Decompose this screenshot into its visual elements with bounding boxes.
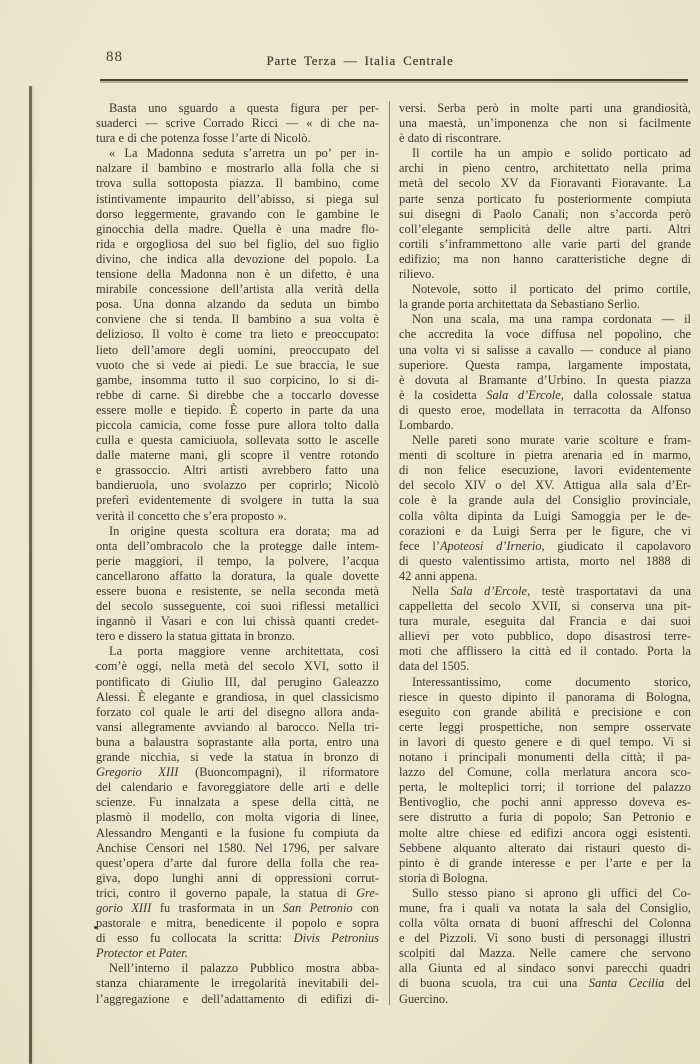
text-line: com’è oggi, nella metà del secolo XVI, s… <box>96 659 379 674</box>
text-line: ginocchia della madre. Quella è una madr… <box>96 222 379 237</box>
text-line: in lavori di questo genere e di quel tem… <box>399 735 691 750</box>
text-line: vuoto che si vede ai piedi. Le sue bracc… <box>96 358 379 373</box>
text-line: dalle materne mani, gli scopre il ventre… <box>96 448 379 463</box>
text-line: Non una scala, ma una rampa cordonata — … <box>399 312 691 327</box>
text-line: stanza chiaramente le irregolarità inevi… <box>96 976 379 991</box>
text-line: tura murale, eseguita dal Francia e dai … <box>399 614 691 629</box>
text-line: rida e orgogliosa del suo bel figlio, de… <box>96 237 379 252</box>
text-line: sui disegni di Paolo Canali; non s’accor… <box>399 207 691 222</box>
text-line: La porta maggiore venne architettata, co… <box>96 644 379 659</box>
text-line: divino, che indica alla devozione del po… <box>96 252 379 267</box>
text-line: è dovuta al Bramante d’Urbino. In questa… <box>399 373 691 388</box>
text-line: vansi allegramente avviando al barocco. … <box>96 720 379 735</box>
text-line: « La Madonna seduta s’arretra un po’ per… <box>96 146 379 161</box>
text-line: Anchise Censori nel 1580. Nel 1796, per … <box>96 841 379 856</box>
text-line: menti di scolture in pietra arenaria ed … <box>399 448 691 463</box>
text-line: quest’opera d’arte dal furore della foll… <box>96 856 379 871</box>
left-column: Basta uno sguardo a questa figura per pe… <box>96 101 379 1007</box>
book-page: 88 Parte Terza — Italia Centrale Basta u… <box>0 0 700 1064</box>
text-line: cancellarono affatto la doratura, la qua… <box>96 569 379 584</box>
text-line: Bentivoglio, che pochi anni appresso dov… <box>399 795 691 810</box>
text-line: Gregorio XIII (Buoncompagni), il riforma… <box>96 765 379 780</box>
text-line: tero e dissero la statua gittata in bron… <box>96 629 379 644</box>
text-line: mirabile concessione dell’artista alla v… <box>96 282 379 297</box>
text-line: la grande porta architettata da Sebastia… <box>399 297 691 312</box>
text-line: storia di Bologna. <box>399 871 691 886</box>
text-line: posa. Una donna alzando da seduta un bim… <box>96 297 379 312</box>
text-line: di esso fu collocata la scritta: Divis P… <box>96 931 379 946</box>
text-line: certe leggi prospettiche, non sempre oss… <box>399 720 691 735</box>
text-line: versi. Serba però in molte parti una gra… <box>399 101 691 116</box>
text-line: conviene che si tenda. Il bambino a sua … <box>96 312 379 327</box>
text-line: coll’elegante semplicità delle altre par… <box>399 222 691 237</box>
text-line: nalzare il bambino e mostrarlo alla foll… <box>96 161 379 176</box>
text-line: onta dell’ombracolo che la protegge dall… <box>96 539 379 554</box>
text-line: fece l’Apoteosi d’Irnerio, giudicato il … <box>399 539 691 554</box>
text-line: tura e di che potenza fosse l’arte di Ni… <box>96 131 379 146</box>
text-line: Protector et Pater. <box>96 946 379 961</box>
text-line: Lombardo. <box>399 418 691 433</box>
text-line: corazioni e da Luigi Serra per le figure… <box>399 524 691 539</box>
text-line: giva, dopo lunghi anni di oppressioni co… <box>96 871 379 886</box>
text-line: 42 anni appena. <box>399 569 691 584</box>
running-title: Parte Terza — Italia Centrale <box>266 53 453 68</box>
text-line: riesce in questo dipinto il panorama di … <box>399 690 691 705</box>
text-line: una maestà, un’imponenza che non si faci… <box>399 116 691 131</box>
page-gutter-line <box>29 86 32 1064</box>
text-line: moti che afflissero la città ed il conta… <box>399 644 691 659</box>
text-line: rilievo. <box>399 267 691 282</box>
text-line: Alessi. È elegante e grandiosa, in quel … <box>96 690 379 705</box>
text-line: notano i principali monumenti della citt… <box>399 750 691 765</box>
text-line: è la cosidetta Sala d’Ercole, dalla colo… <box>399 388 691 403</box>
text-line: superiore. Questa rampa, largamente impo… <box>399 358 691 373</box>
text-line: Nella Sala d’Ercole, testè trasportatavi… <box>399 584 691 599</box>
text-line: plasmò il modello, con molta vigoria di … <box>96 810 379 825</box>
header-rule <box>100 79 688 81</box>
text-line: preferì evidentemente di svolgere in tut… <box>96 493 379 508</box>
column-divider <box>389 101 390 1005</box>
right-column: versi. Serba però in molte parti una gra… <box>399 101 691 1007</box>
text-line: sere distrutto a furia di popolo; San Pe… <box>399 810 691 825</box>
print-speck <box>95 666 97 668</box>
text-line: di non felice esecuzione, lavori evident… <box>399 463 691 478</box>
text-line: Alessandro Menganti e la fusione fu comp… <box>96 826 379 841</box>
text-line: colla vôlta dipinta da Luigi Samoggia pe… <box>399 509 691 524</box>
text-line: di buona scuola, tra cui una Santa Cecil… <box>399 976 691 991</box>
text-line: essere buona e resistente, se nella seco… <box>96 584 379 599</box>
text-line: e grassoccio. Altri artisti avrebbero fa… <box>96 463 379 478</box>
text-columns: Basta uno sguardo a questa figura per pe… <box>96 101 691 1007</box>
text-line: trici, contro il governo papale, la stat… <box>96 886 379 901</box>
text-line: forzato col quale le arti del disegno al… <box>96 705 379 720</box>
text-line: del calendario e favoreggiatore delle ar… <box>96 780 379 795</box>
text-line: molte altre chiese ed edifizi ancora ogg… <box>399 826 691 841</box>
text-line: Basta uno sguardo a questa figura per pe… <box>96 101 379 116</box>
page-header: Parte Terza — Italia Centrale <box>100 52 620 70</box>
text-line: archi in pieno centro, architettato nell… <box>399 161 691 176</box>
text-line: perta, le molteplici torri; il torrione … <box>399 780 691 795</box>
text-line: eseguito con grande abilità e precisione… <box>399 705 691 720</box>
text-line: grande nicchia, si vede la statua in bro… <box>96 750 379 765</box>
text-line: una volta vi si salisse a cavallo — cond… <box>399 343 691 358</box>
text-line: tensione della Madonna non è un difetto,… <box>96 267 379 282</box>
text-line: suaderci — scrive Corrado Ricci — « di c… <box>96 116 379 131</box>
text-line: lazzo del Comune, colla merlatura ancora… <box>399 765 691 780</box>
text-line: delizioso. Il volto è come tra lieto e p… <box>96 327 379 342</box>
text-line: Il cortile ha un ampio e solido porticat… <box>399 146 691 161</box>
text-line: piccola camicia, come fosse pure allora … <box>96 418 379 433</box>
text-line: data del 1505. <box>399 659 691 674</box>
text-line: Nelle pareti sono murate varie scolture … <box>399 433 691 448</box>
text-line: cappelletta del secolo XVII, si conserva… <box>399 599 691 614</box>
text-line: metà del secolo XV da Fioravanti Fiorava… <box>399 176 691 191</box>
text-line: scolpiti dal Mazza. Nelle camere che ser… <box>399 946 691 961</box>
text-line: del secolo susseguente, coi suoi rifless… <box>96 599 379 614</box>
text-line: Notevole, sotto il porticato del primo c… <box>399 282 691 297</box>
text-line: alla Giunta ed al sindaco sonvi parecchi… <box>399 961 691 976</box>
text-line: è dato di riscontrare. <box>399 131 691 146</box>
text-line: Sebbene alquanto alterato dai ristauri q… <box>399 841 691 856</box>
text-line: ingannò il Vasari e con lui chissà quant… <box>96 614 379 629</box>
text-line: colla vôlta ornata di buoni affreschi de… <box>399 916 691 931</box>
text-line: mune, fra i quali va notata la sala del … <box>399 901 691 916</box>
text-line: Guercino. <box>399 992 691 1007</box>
text-line: scienze. Fu innalzata a spese della citt… <box>96 795 379 810</box>
text-line: pinto è di grande interesse e per l’arte… <box>399 856 691 871</box>
text-line: trova sulla sottoposta piazza. Il bambin… <box>96 176 379 191</box>
text-line: cole è la grande aula del Consiglio prov… <box>399 493 691 508</box>
text-line: Sullo stesso piano si aprono gli uffici … <box>399 886 691 901</box>
text-line: essere molle e tiepido. È coperto in par… <box>96 403 379 418</box>
text-line: gorio XIII fu trasformata in un San Petr… <box>96 901 379 916</box>
text-line: Interessantissimo, come documento storic… <box>399 675 691 690</box>
text-line: dorso leggermente, gravando con le gambi… <box>96 207 379 222</box>
text-line: rebbe di carne. Si direbbe che a toccarl… <box>96 388 379 403</box>
text-line: allievi per voto pubblico, dopo disastro… <box>399 629 691 644</box>
text-line: lieto dell’amore degli uomini, preoccupa… <box>96 343 379 358</box>
text-line: In origine questa scoltura era dorata; m… <box>96 524 379 539</box>
print-speck <box>94 926 97 929</box>
text-line: verità il concetto che s’era proposto ». <box>96 509 379 524</box>
text-line: cortili s’inframmettono alle varie parti… <box>399 237 691 252</box>
text-line: e del Pizzoli. Vi sono busti di personag… <box>399 931 691 946</box>
text-line: l’aggregazione e dell’adattamento di edi… <box>96 992 379 1007</box>
text-line: culla e questa camiciuola, sollevata sot… <box>96 433 379 448</box>
text-line: gambe, insomma tutto il suo corpicino, l… <box>96 373 379 388</box>
text-line: di questo valentissimo artista, morto ne… <box>399 554 691 569</box>
text-line: pontificato di Giulio III, dal perugino … <box>96 675 379 690</box>
text-line: istintivamente impaurito dell’abisso, si… <box>96 192 379 207</box>
text-line: bandieruola, uno svolazzo per coprirlo; … <box>96 478 379 493</box>
text-line: edifizio; ma non hanno caratteristiche d… <box>399 252 691 267</box>
text-line: pastorale e mitra, benedicente il popolo… <box>96 916 379 931</box>
text-line: del secolo XIV o del XV. Attigua alla sa… <box>399 478 691 493</box>
text-line: parte senza porticato fu posteriormente … <box>399 192 691 207</box>
text-line: che accredita la voce diffusa nel popoli… <box>399 327 691 342</box>
text-line: perie maggiori, il tempo, la polvere, l’… <box>96 554 379 569</box>
text-line: Nell’interno il palazzo Pubblico mostra … <box>96 961 379 976</box>
text-line: di questo eroe, modellata in terracotta … <box>399 403 691 418</box>
text-line: buna a balaustra soprastante alla porta,… <box>96 735 379 750</box>
